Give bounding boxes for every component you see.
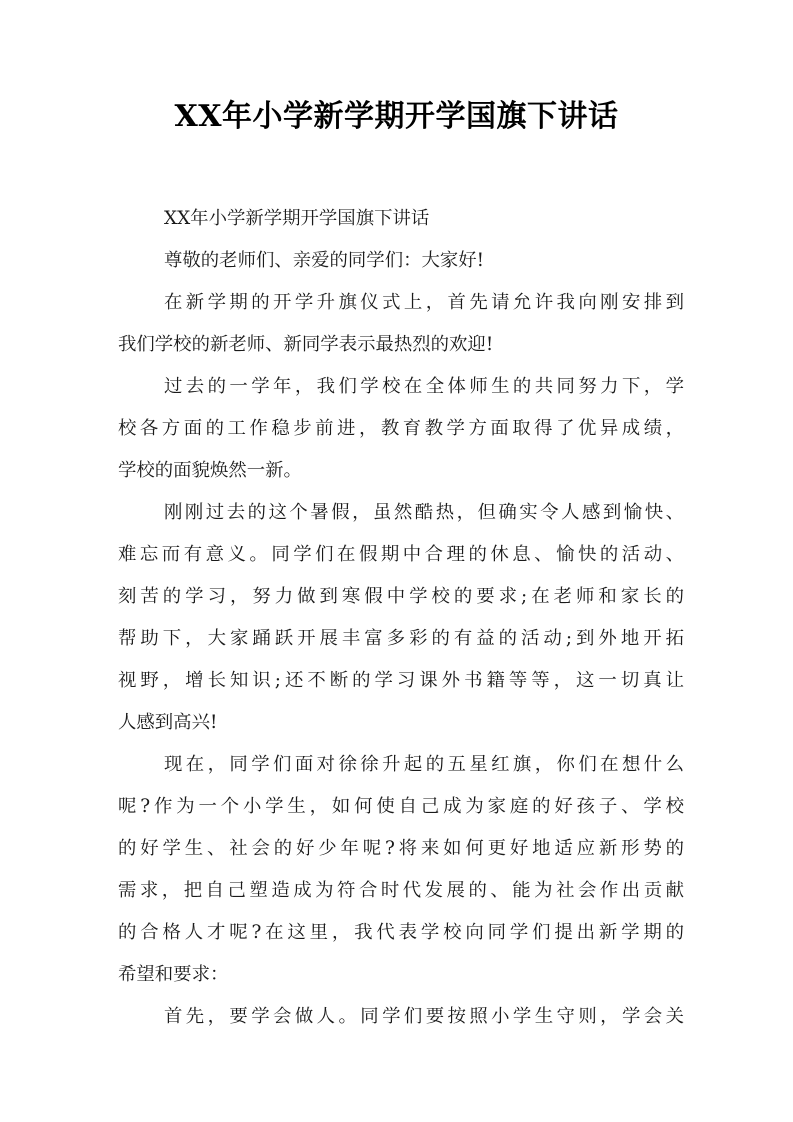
body-line: 现在，同学们面对徐徐升起的五星红旗，你们在想什么 xyxy=(118,744,684,786)
body-line: 刻苦的学习，努力做到寒假中学校的要求;在老师和家长的 xyxy=(118,576,684,618)
body-line: 尊敬的老师们、亲爱的同学们：大家好! xyxy=(118,240,684,282)
body-line: 的合格人才呢?在这里，我代表学校向同学们提出新学期的 xyxy=(118,912,684,954)
body-line: 刚刚过去的这个暑假，虽然酷热，但确实令人感到愉快、 xyxy=(118,492,684,534)
body-line: 在新学期的开学升旗仪式上，首先请允许我向刚安排到 xyxy=(118,282,684,324)
document-page: XX年小学新学期开学国旗下讲话 XX年小学新学期开学国旗下讲话 尊敬的老师们、亲… xyxy=(0,0,793,1122)
body-line: 的好学生、社会的好少年呢?将来如何更好地适应新形势的 xyxy=(118,828,684,870)
body-line: 希望和要求： xyxy=(118,954,684,996)
body-line: 视野，增长知识;还不断的学习课外书籍等等，这一切真让 xyxy=(118,660,684,702)
body-line: 学校的面貌焕然一新。 xyxy=(118,450,684,492)
body-line: 需求，把自己塑造成为符合时代发展的、能为社会作出贡献 xyxy=(118,870,684,912)
body-line: 帮助下，大家踊跃开展丰富多彩的有益的活动;到外地开拓 xyxy=(118,618,684,660)
body-line: 难忘而有意义。同学们在假期中合理的休息、愉快的活动、 xyxy=(118,534,684,576)
body-line: 过去的一学年，我们学校在全体师生的共同努力下，学 xyxy=(118,366,684,408)
body-line: 人感到高兴! xyxy=(118,702,684,744)
body-line: 我们学校的新老师、新同学表示最热烈的欢迎! xyxy=(118,324,684,366)
body-line: 呢?作为一个小学生，如何使自己成为家庭的好孩子、学校 xyxy=(118,786,684,828)
document-body: XX年小学新学期开学国旗下讲话 尊敬的老师们、亲爱的同学们：大家好! 在新学期的… xyxy=(118,198,684,1038)
document-title: XX年小学新学期开学国旗下讲话 xyxy=(0,97,793,137)
body-line: 校各方面的工作稳步前进，教育教学方面取得了优异成绩， xyxy=(118,408,684,450)
body-line: XX年小学新学期开学国旗下讲话 xyxy=(118,198,684,240)
body-line: 首先，要学会做人。同学们要按照小学生守则，学会关 xyxy=(118,996,684,1038)
